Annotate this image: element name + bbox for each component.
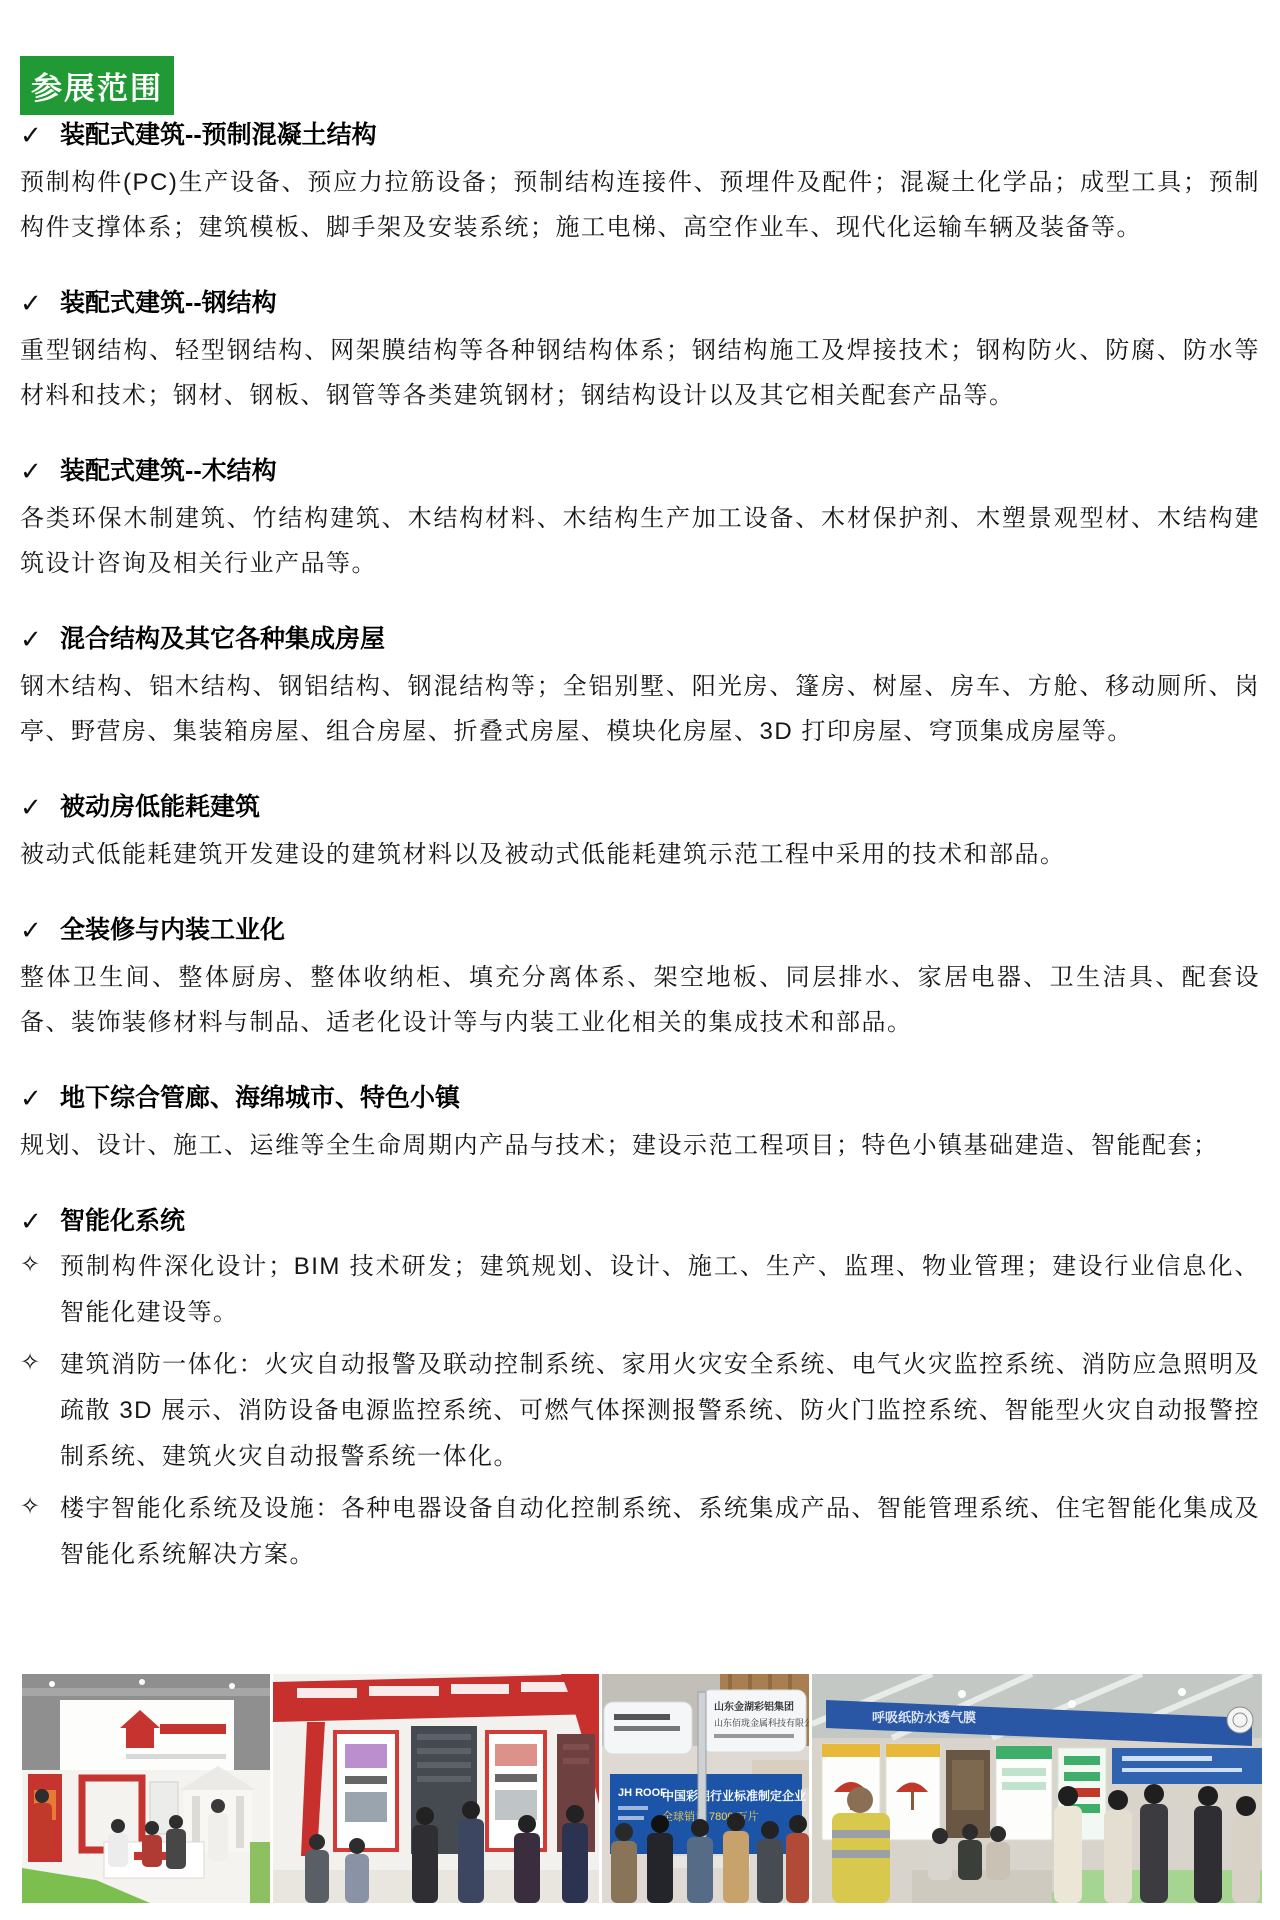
section-title: 装配式建筑--预制混凝土结构 (60, 118, 377, 152)
section-heading: ✓ 被动房低能耗建筑 (20, 790, 1260, 824)
smart-subitem-fire: ✧ 建筑消防一体化：火灾自动报警及联动控制系统、家用火灾安全系统、电气火灾监控系… (20, 1342, 1260, 1480)
exhibition-photo-booth-red-brand (22, 1674, 270, 1903)
smart-subitem-building-automation: ✧ 楼宇智能化系统及设施：各种电器设备自动化控制系统、系统集成产品、智能管理系统… (20, 1486, 1260, 1578)
diamond-bullet-icon: ✧ (20, 1348, 40, 1377)
check-icon: ✓ (20, 118, 60, 152)
subitem-text: 楼宇智能化系统及设施：各种电器设备自动化控制系统、系统集成产品、智能管理系统、住… (60, 1486, 1260, 1578)
section-title: 混合结构及其它各种集成房屋 (60, 622, 385, 656)
section-heading: ✓ 装配式建筑--木结构 (20, 454, 1260, 488)
section-heading: ✓ 装配式建筑--钢结构 (20, 286, 1260, 320)
section-body: 规划、设计、施工、运维等全生命周期内产品与技术；建设示范工程项目；特色小镇基础建… (20, 1123, 1260, 1168)
section-title: 装配式建筑--钢结构 (60, 286, 277, 320)
check-icon: ✓ (20, 1204, 60, 1238)
section-precast-concrete: ✓ 装配式建筑--预制混凝土结构 预制构件(PC)生产设备、预应力拉筋设备；预制… (20, 118, 1260, 250)
section-heading: ✓ 地下综合管廊、海绵城市、特色小镇 (20, 1081, 1260, 1115)
exhibition-scope-page: 参展范围 ✓ 装配式建筑--预制混凝土结构 预制构件(PC)生产设备、预应力拉筋… (0, 0, 1280, 1920)
svg-text:呼吸纸防水透气膜: 呼吸纸防水透气膜 (872, 1710, 976, 1725)
svg-text:山东佰珑金属科技有限公司: 山东佰珑金属科技有限公司 (714, 1717, 809, 1728)
section-title: 全装修与内装工业化 (60, 913, 285, 947)
check-icon: ✓ (20, 1081, 60, 1115)
section-body: 重型钢结构、轻型钢结构、网架膜结构等各种钢结构体系；钢结构施工及焊接技术；钢构防… (20, 328, 1260, 418)
diamond-bullet-icon: ✧ (20, 1250, 40, 1279)
section-title: 地下综合管廊、海绵城市、特色小镇 (60, 1081, 460, 1115)
section-heading: ✓ 装配式建筑--预制混凝土结构 (20, 118, 1260, 152)
exhibition-photo-strip: 山东金湖彩铝集团 山东佰珑金属科技有限公司 JH ROOF 中国彩铝行业标准制定… (22, 1674, 1260, 1903)
check-icon: ✓ (20, 454, 60, 488)
section-heading: ✓ 混合结构及其它各种集成房屋 (20, 622, 1260, 656)
check-icon: ✓ (20, 913, 60, 947)
svg-text:中国彩铝行业标准制定企业: 中国彩铝行业标准制定企业 (662, 1788, 806, 1803)
exhibition-photo-jhroof-booth: 山东金湖彩铝集团 山东佰珑金属科技有限公司 JH ROOF 中国彩铝行业标准制定… (602, 1674, 809, 1903)
section-body: 各类环保木制建筑、竹结构建筑、木结构材料、木结构生产加工设备、木材保护剂、木塑景… (20, 496, 1260, 586)
section-smart-systems: ✓ 智能化系统 ✧ 预制构件深化设计；BIM 技术研发；建筑规划、设计、施工、生… (20, 1204, 1260, 1578)
section-mixed-structure: ✓ 混合结构及其它各种集成房屋 钢木结构、铝木结构、钢铝结构、钢混结构等；全铝别… (20, 622, 1260, 754)
check-icon: ✓ (20, 622, 60, 656)
section-body: 钢木结构、铝木结构、钢铝结构、钢混结构等；全铝别墅、阳光房、篷房、树屋、房车、方… (20, 664, 1260, 754)
section-full-decoration: ✓ 全装修与内装工业化 整体卫生间、整体厨房、整体收纳柜、填充分离体系、架空地板… (20, 913, 1260, 1045)
section-passive-house: ✓ 被动房低能耗建筑 被动式低能耗建筑开发建设的建筑材料以及被动式低能耗建筑示范… (20, 790, 1260, 877)
svg-text:JH ROOF: JH ROOF (618, 1787, 667, 1799)
section-body: 被动式低能耗建筑开发建设的建筑材料以及被动式低能耗建筑示范工程中采用的技术和部品… (20, 832, 1260, 877)
subitem-text: 预制构件深化设计；BIM 技术研发；建筑规划、设计、施工、生产、监理、物业管理；… (60, 1244, 1260, 1336)
section-body: 预制构件(PC)生产设备、预应力拉筋设备；预制结构连接件、预埋件及配件；混凝土化… (20, 160, 1260, 250)
exhibition-scope-badge: 参展范围 (20, 56, 174, 115)
section-body: 整体卫生间、整体厨房、整体收纳柜、填充分离体系、架空地板、同层排水、家居电器、卫… (20, 955, 1260, 1045)
section-title: 装配式建筑--木结构 (60, 454, 277, 488)
section-title: 智能化系统 (60, 1204, 185, 1238)
section-steel-structure: ✓ 装配式建筑--钢结构 重型钢结构、轻型钢结构、网架膜结构等各种钢结构体系；钢… (20, 286, 1260, 418)
smart-subitem-bim: ✧ 预制构件深化设计；BIM 技术研发；建筑规划、设计、施工、生产、监理、物业管… (20, 1244, 1260, 1336)
exhibition-photo-membrane-booth: 呼吸纸防水透气膜 (812, 1674, 1262, 1903)
section-heading: ✓ 全装修与内装工业化 (20, 913, 1260, 947)
section-title: 被动房低能耗建筑 (60, 790, 260, 824)
section-wood-structure: ✓ 装配式建筑--木结构 各类环保木制建筑、竹结构建筑、木结构材料、木结构生产加… (20, 454, 1260, 586)
exhibition-photo-tile-panels (273, 1674, 599, 1903)
section-heading: ✓ 智能化系统 (20, 1204, 1260, 1238)
subitem-text: 建筑消防一体化：火灾自动报警及联动控制系统、家用火灾安全系统、电气火灾监控系统、… (60, 1342, 1260, 1480)
scope-sections: ✓ 装配式建筑--预制混凝土结构 预制构件(PC)生产设备、预应力拉筋设备；预制… (20, 118, 1260, 1578)
svg-text:山东金湖彩铝集团: 山东金湖彩铝集团 (714, 1700, 794, 1713)
diamond-bullet-icon: ✧ (20, 1492, 40, 1521)
check-icon: ✓ (20, 790, 60, 824)
check-icon: ✓ (20, 286, 60, 320)
section-utility-tunnel: ✓ 地下综合管廊、海绵城市、特色小镇 规划、设计、施工、运维等全生命周期内产品与… (20, 1081, 1260, 1168)
